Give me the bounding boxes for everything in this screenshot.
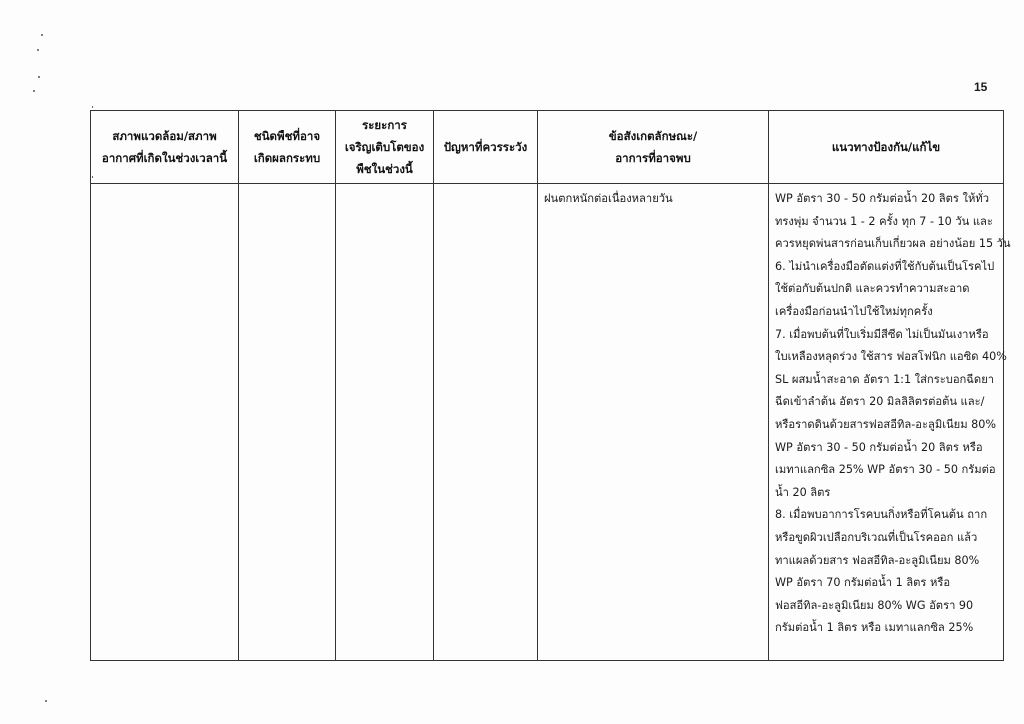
header-affected-crops: ชนิดพืชที่อาจ เกิดผลกระทบ: [239, 111, 336, 184]
cell-line: เมทาแลกซิล 25% WP อัตรา 30 - 50 กรัมต่อ: [775, 459, 997, 482]
cell-line: WP อัตรา 30 - 50 กรัมต่อน้ำ 20 ลิตร หรือ: [775, 437, 997, 460]
cell-line: น้ำ 20 ลิตร: [775, 482, 997, 505]
cell-prevention: WP อัตรา 30 - 50 กรัมต่อน้ำ 20 ลิตร ให้ท…: [769, 184, 1004, 661]
scan-speck: [92, 106, 93, 108]
header-growth-stage: ระยะการ เจริญเติบโตของ พืชในช่วงนี้: [336, 111, 434, 184]
scan-speck: [41, 34, 43, 36]
cell-growth-stage: [336, 184, 434, 661]
header-text: อากาศที่เกิดในช่วงเวลานี้: [91, 147, 238, 169]
header-prevention: แนวทางป้องกัน/แก้ไข: [769, 111, 1004, 184]
header-text: เกิดผลกระทบ: [239, 147, 335, 169]
cell-line: ควรหยุดพ่นสารก่อนเก็บเกี่ยวผล อย่างน้อย …: [775, 233, 997, 256]
cell-line: WP อัตรา 70 กรัมต่อน้ำ 1 ลิตร หรือ: [775, 572, 997, 595]
header-text: เจริญเติบโตของ: [336, 136, 433, 158]
scan-speck: [45, 700, 47, 702]
cell-line: SL ผสมน้ำสะอาด อัตรา 1:1 ใส่กระบอกฉีดยา: [775, 369, 997, 392]
cell-line: ทรงพุ่ม จำนวน 1 - 2 ครั้ง ทุก 7 - 10 วัน…: [775, 211, 997, 234]
guidance-table: สภาพแวดล้อม/สภาพ อากาศที่เกิดในช่วงเวลาน…: [90, 110, 1004, 661]
header-text: สภาพแวดล้อม/สภาพ: [91, 125, 238, 147]
table-header-row: สภาพแวดล้อม/สภาพ อากาศที่เกิดในช่วงเวลาน…: [91, 111, 1004, 184]
cell-observations: ฝนตกหนักต่อเนื่องหลายวัน: [538, 184, 769, 661]
cell-line: ใช้ต่อกับต้นปกติ และควรทำความสะอาด: [775, 278, 997, 301]
scanned-document-page: 15 สภาพแวดล้อม/สภาพ อากาศที่เกิดในช่วงเว…: [0, 0, 1024, 724]
scan-speck: [38, 76, 40, 78]
header-text: ข้อสังเกตลักษณะ/: [538, 125, 768, 147]
cell-line: WP อัตรา 30 - 50 กรัมต่อน้ำ 20 ลิตร ให้ท…: [775, 188, 997, 211]
cell-environment: [91, 184, 239, 661]
header-text: ปัญหาที่ควรระวัง: [434, 136, 537, 158]
cell-line: ฉีดเข้าลำต้น อัตรา 20 มิลลิลิตรต่อต้น แล…: [775, 391, 997, 414]
scan-speck: [37, 49, 39, 51]
page-number: 15: [974, 80, 987, 94]
header-problems: ปัญหาที่ควรระวัง: [434, 111, 538, 184]
cell-line: 6. ไม่นำเครื่องมือตัดแต่งที่ใช้กับต้นเป็…: [775, 256, 997, 279]
cell-problems: [434, 184, 538, 661]
header-text: อาการที่อาจพบ: [538, 147, 768, 169]
scan-speck: [33, 90, 35, 92]
cell-line: เครื่องมือก่อนนำไปใช้ใหม่ทุกครั้ง: [775, 301, 997, 324]
header-text: ระยะการ: [336, 114, 433, 136]
cell-line: หรือราดดินด้วยสารฟอสอีทิล-อะลูมิเนียม 80…: [775, 414, 997, 437]
cell-line: 7. เมื่อพบต้นที่ใบเริ่มมีสีซีด ไม่เป็นมั…: [775, 324, 997, 347]
cell-affected-crops: [239, 184, 336, 661]
header-text: ชนิดพืชที่อาจ: [239, 125, 335, 147]
cell-line: ทาแผลด้วยสาร ฟอสอีทิล-อะลูมิเนียม 80%: [775, 550, 997, 573]
cell-line: กรัมต่อน้ำ 1 ลิตร หรือ เมทาแลกซิล 25%: [775, 617, 997, 640]
cell-line: ฝนตกหนักต่อเนื่องหลายวัน: [544, 188, 762, 211]
table-row: ฝนตกหนักต่อเนื่องหลายวัน WP อัตรา 30 - 5…: [91, 184, 1004, 661]
cell-line: ฟอสอีทิล-อะลูมิเนียม 80% WG อัตรา 90: [775, 595, 997, 618]
header-text: แนวทางป้องกัน/แก้ไข: [769, 136, 1003, 158]
cell-line: 8. เมื่อพบอาการโรคบนกิ่งหรือที่โคนต้น ถา…: [775, 504, 997, 527]
header-text: พืชในช่วงนี้: [336, 158, 433, 180]
header-environment: สภาพแวดล้อม/สภาพ อากาศที่เกิดในช่วงเวลาน…: [91, 111, 239, 184]
cell-line: ใบเหลืองหลุดร่วง ใช้สาร ฟอสโฟนิก แอซิด 4…: [775, 346, 997, 369]
cell-line: หรือขูดผิวเปลือกบริเวณที่เป็นโรคออก แล้ว: [775, 527, 997, 550]
header-observations: ข้อสังเกตลักษณะ/ อาการที่อาจพบ: [538, 111, 769, 184]
